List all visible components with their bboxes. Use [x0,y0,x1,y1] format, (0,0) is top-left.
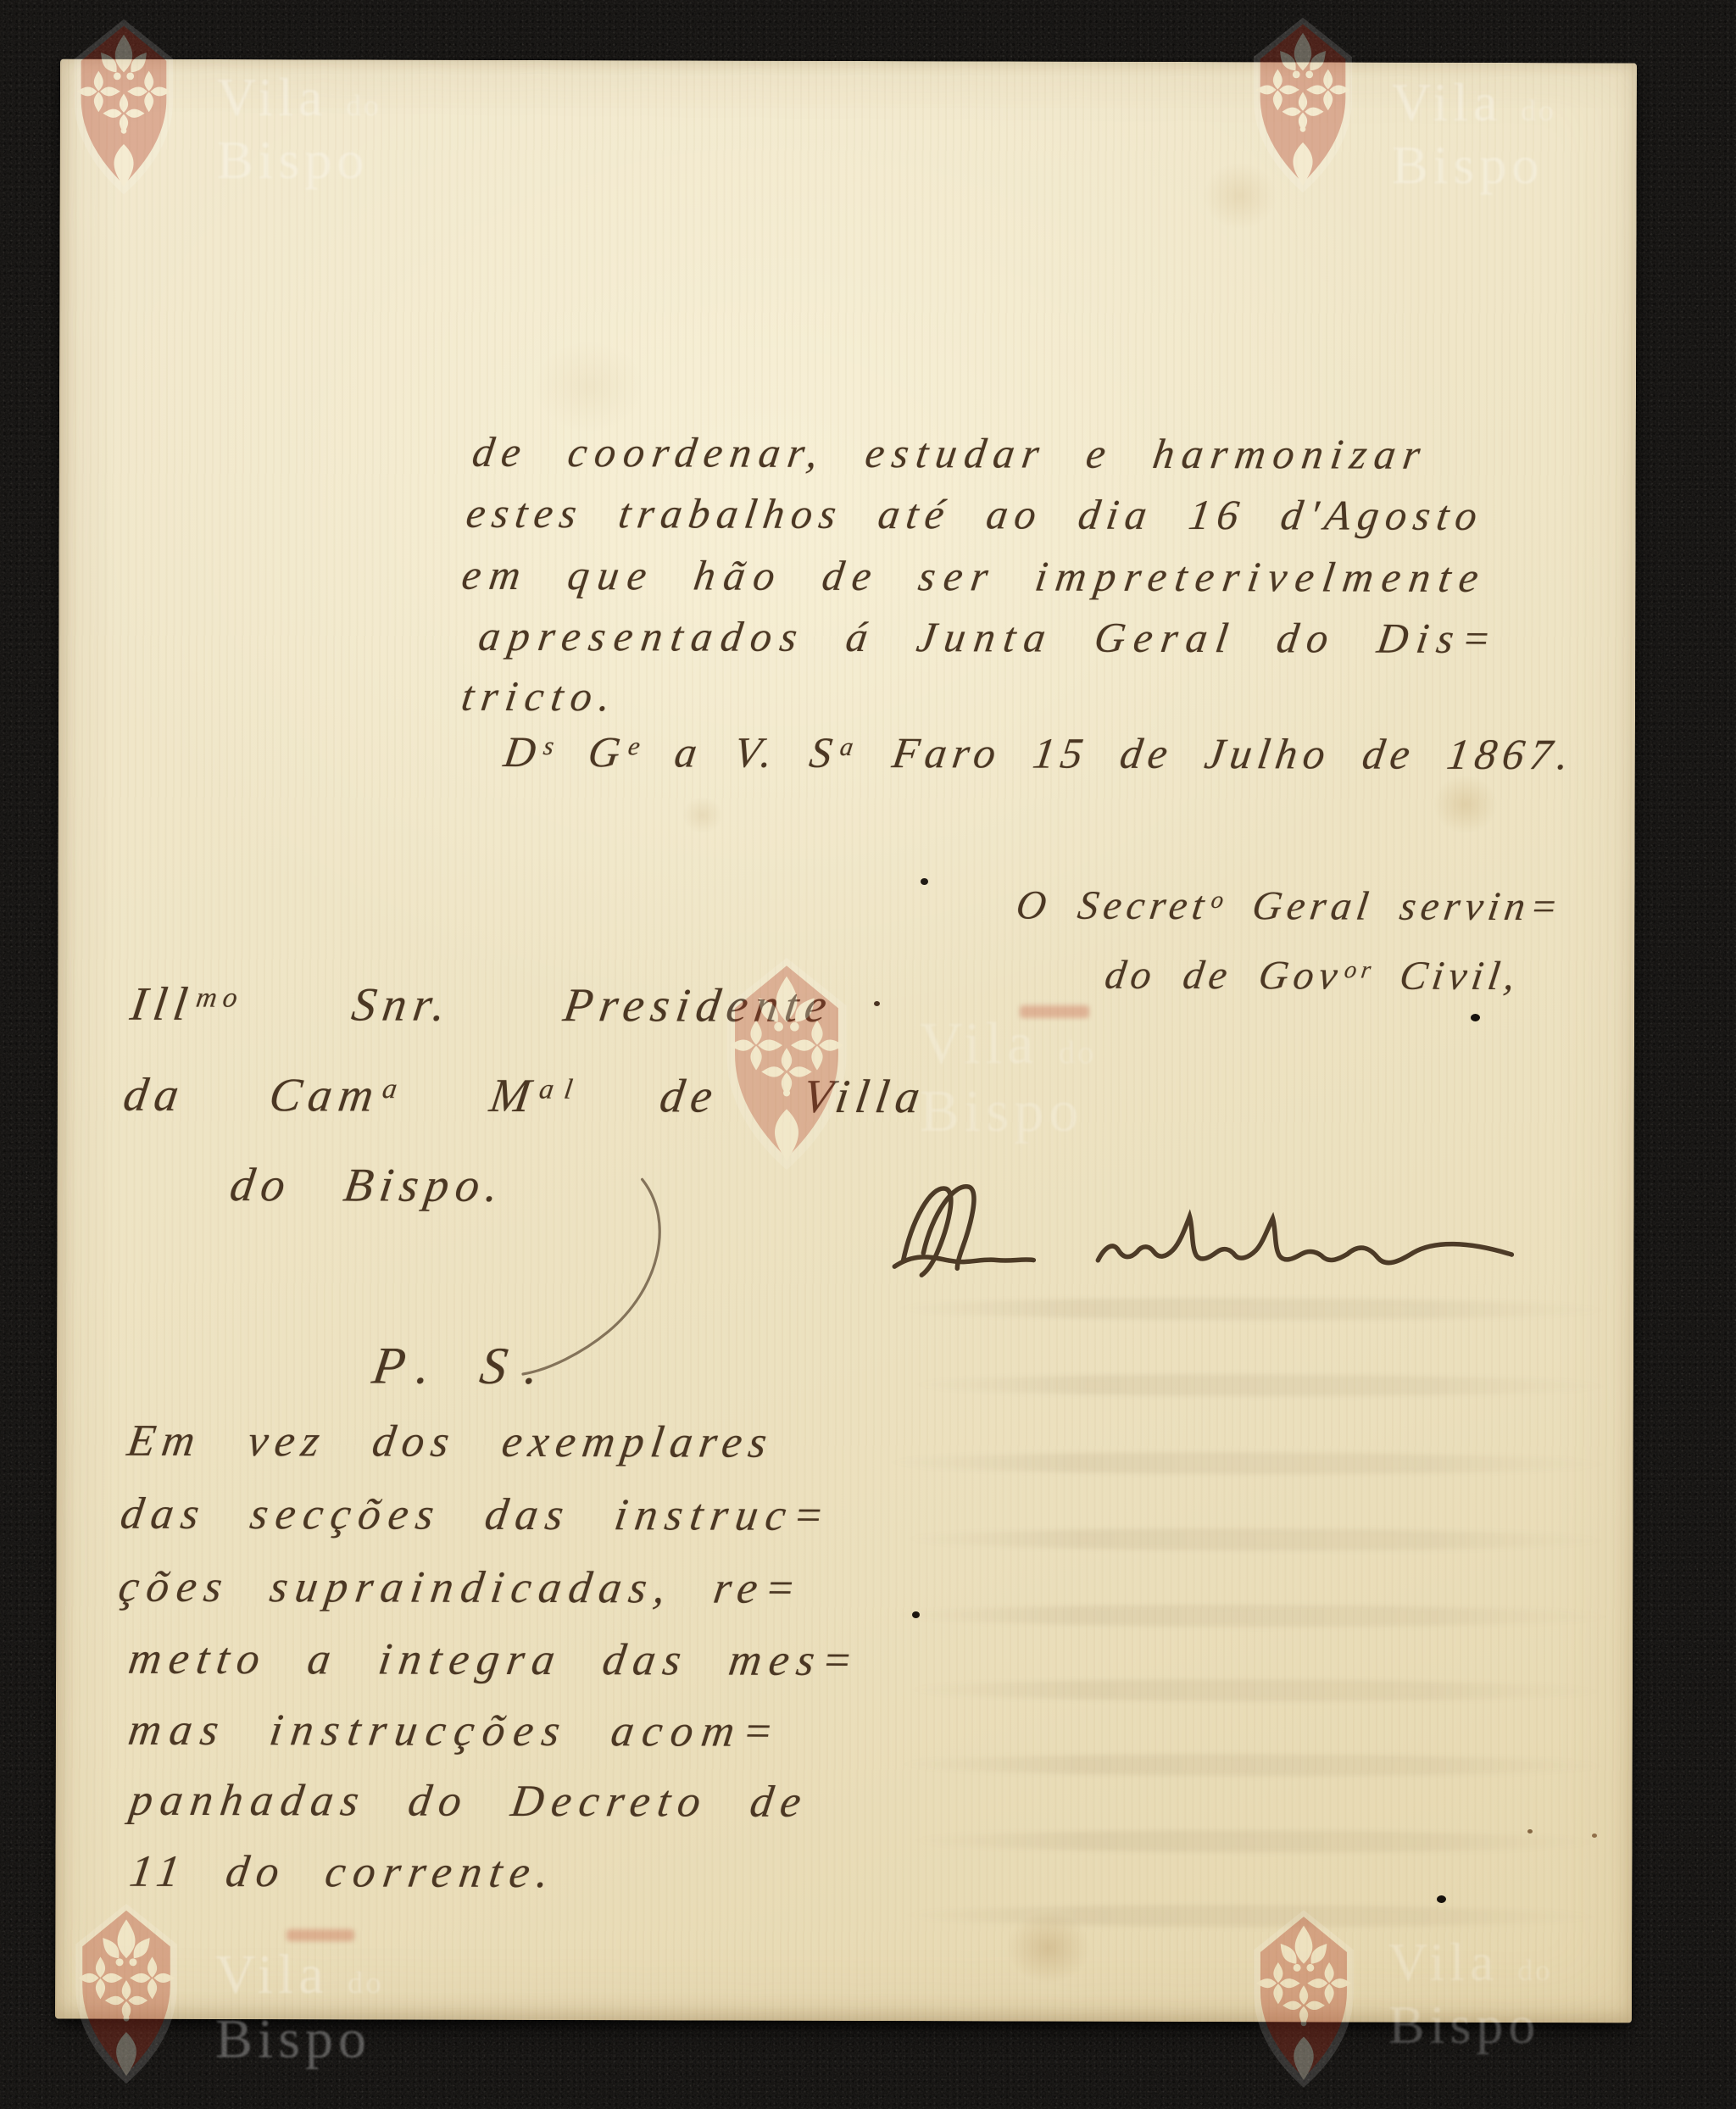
verso-ink-showthrough [887,1451,1608,1475]
manuscript-line: de coordenar, estudar e harmonizar [470,427,1431,479]
manuscript-line: apresentados á Junta Geral do Dis= [476,611,1503,663]
signature-scrawl [886,1178,1522,1290]
manuscript-photograph: de coordenar, estudar e harmonizar estes… [0,0,1736,2109]
pen-flourish [515,1171,702,1383]
verso-ink-showthrough [908,1678,1603,1702]
verso-ink-showthrough [913,1373,1608,1397]
ink-speck [1437,1895,1446,1903]
dust-speck [1527,1829,1533,1834]
ink-speck [912,1611,920,1618]
ink-speck [874,1001,880,1006]
foxing-stain [1433,775,1498,834]
manuscript-line: em que hão de ser impreterivelmente [459,550,1489,602]
foxing-stain [682,796,723,833]
ink-speck [921,878,928,885]
manuscript-closing-line: do de Govᵒʳ Civil, [1102,952,1523,999]
ps-line: 11 do corrente. [126,1846,559,1898]
manuscript-closing-line: O Secretᵒ Geral servin= [1013,882,1566,931]
foxing-stain [1203,162,1277,230]
verso-ink-showthrough [896,1297,1608,1321]
verso-ink-showthrough [903,1904,1598,1928]
manuscript-dateline: Dˢ Gᵉ a V. Sᵃ Faro 15 de Julho de 1867. [501,728,1578,780]
addressee-line: Illᵐᵒ Snr. Presidente [127,977,837,1033]
manuscript-line: estes trabalhos até ao dia 16 d'Agosto [464,488,1488,540]
addressee-line: do Bispo. [226,1158,509,1213]
foxing-stain [534,340,644,433]
verso-ink-showthrough [911,1829,1598,1853]
ink-speck [1471,1014,1480,1021]
ps-line: Em vez dos exemplares [125,1416,777,1468]
manuscript-line: tricto. [459,671,621,721]
ps-line: ções supraindicadas, re= [115,1561,806,1614]
letter-page: de coordenar, estudar e harmonizar estes… [55,59,1637,2023]
dust-speck [1592,1834,1597,1838]
verso-ink-showthrough [899,1753,1607,1777]
ps-line: mas instrucções acom= [125,1705,785,1757]
ps-line: metto a integra das mes= [125,1633,864,1686]
ps-line: panhadas do Decreto de [127,1775,812,1828]
addressee-line: da Camᵃ Mᵃˡ de Villa [120,1068,930,1124]
verso-ink-showthrough [904,1527,1607,1551]
ps-line: das secções das instruc= [117,1489,834,1541]
verso-ink-showthrough [895,1604,1611,1628]
foxing-stain [1006,1911,1091,1984]
